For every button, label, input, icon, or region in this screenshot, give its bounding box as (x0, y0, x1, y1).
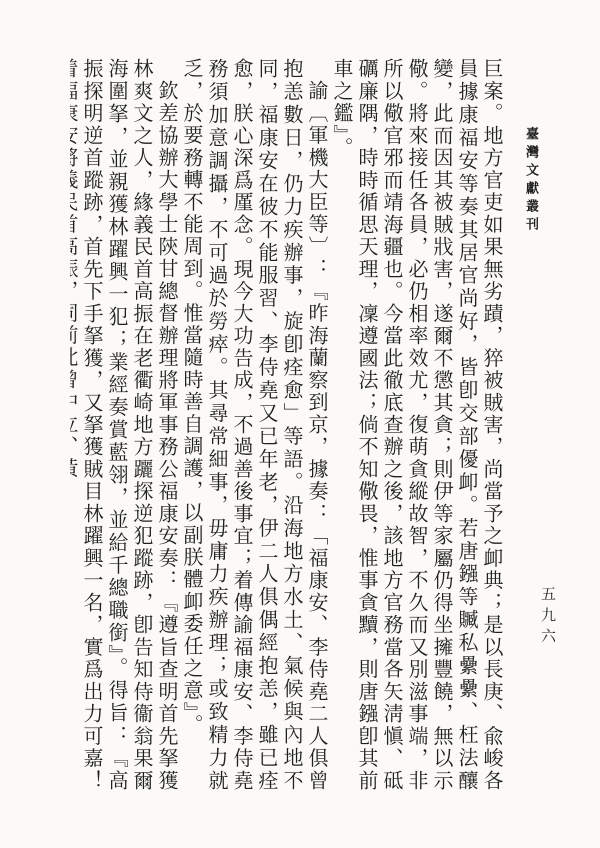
series-title: 臺灣文獻叢刊 (521, 127, 540, 235)
paragraph-continuation: 巨案。地方官吏如果無劣蹟，猝被賊害，尚當予之卹典；是以長庚、兪峻各員據康福安等奏… (329, 58, 504, 792)
main-text-block: 巨案。地方官吏如果無劣蹟，猝被賊害，尚當予之卹典；是以長庚、兪峻各員據康福安等奏… (70, 58, 504, 792)
paragraph-fukangan-memorial: 欽差協辦大學士陝甘總督辦理將軍事務公福康安奏：『遵旨查明首先拏獲林爽文之人，緣義… (70, 58, 179, 792)
paragraph-edict-grand-council: 諭〔軍機大臣等〕：『昨海蘭察到京，據奏：「福康安、李侍堯二人俱曾抱恙數日，仍力疾… (179, 58, 329, 792)
page-number: 五九六 (538, 586, 559, 649)
book-page: 臺灣文獻叢刊 五九六 巨案。地方官吏如果無劣蹟，猝被賊害，尚當予之卹典；是以長庚… (0, 0, 600, 848)
